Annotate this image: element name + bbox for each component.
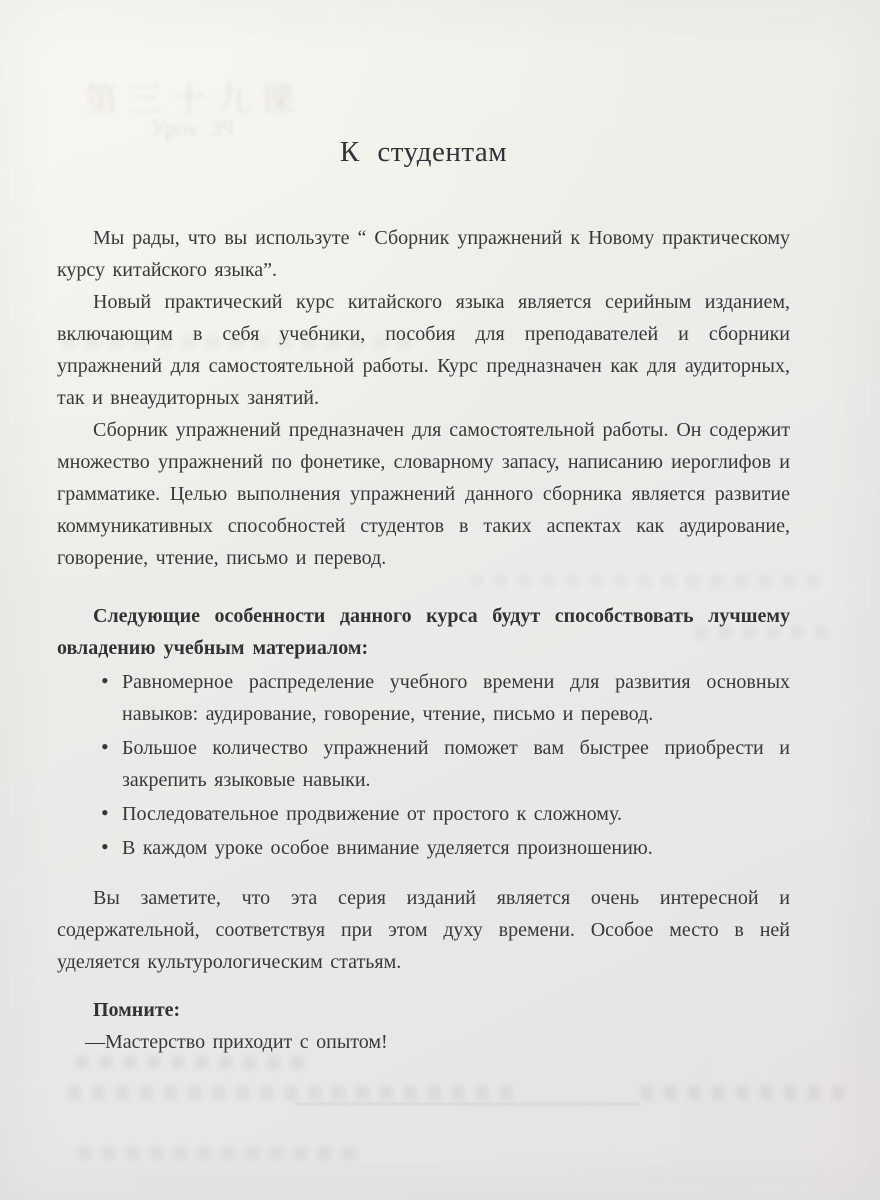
feature-item: • Последовательное продвижение от просто… [57, 798, 790, 830]
bullet-dot-icon: • [101, 731, 109, 763]
workbook-description-paragraph: Сборник упражнений предназначен для само… [57, 414, 790, 574]
page-title: К студентам [57, 132, 790, 172]
bullet-dot-icon: • [101, 665, 109, 697]
closing-paragraph: Вы заметите, что эта серия изданий являе… [57, 882, 790, 978]
bullet-dot-icon: • [101, 797, 109, 829]
bleed-through-smudge [68, 1086, 518, 1100]
page-text-block: К студентам Мы рады, что вы используте “… [57, 0, 790, 1058]
scanned-book-page: 第三十九课 Урок 39 К студентам Мы рады, что в… [0, 0, 880, 1200]
feature-text: Равномерное распределение учебного време… [122, 671, 790, 725]
feature-text: Большое количество упражнений поможет ва… [122, 737, 790, 791]
features-list: • Равномерное распределение учебного вре… [57, 666, 790, 864]
features-intro-paragraph: Следующие особенности данного курса буду… [57, 600, 790, 664]
feature-text: Последовательное продвижение от простого… [122, 803, 622, 825]
feature-item: • В каждом уроке особое внимание уделяет… [57, 832, 790, 864]
remember-label: Помните: [57, 994, 790, 1026]
bleed-through-smudge [640, 1086, 845, 1100]
feature-text: В каждом уроке особое внимание уделяется… [122, 837, 653, 859]
bleed-through-rule-line [295, 1103, 640, 1105]
intro-paragraph: Мы рады, что вы используте “ Сборник упр… [57, 222, 790, 286]
bullet-dot-icon: • [101, 831, 109, 863]
remember-quote: —Мастерство приходит с опытом! [57, 1026, 790, 1058]
feature-item: • Большое количество упражнений поможет … [57, 732, 790, 796]
bleed-through-smudge [78, 1146, 363, 1160]
feature-item: • Равномерное распределение учебного вре… [57, 666, 790, 730]
course-description-paragraph: Новый практический курс китайского языка… [57, 286, 790, 414]
